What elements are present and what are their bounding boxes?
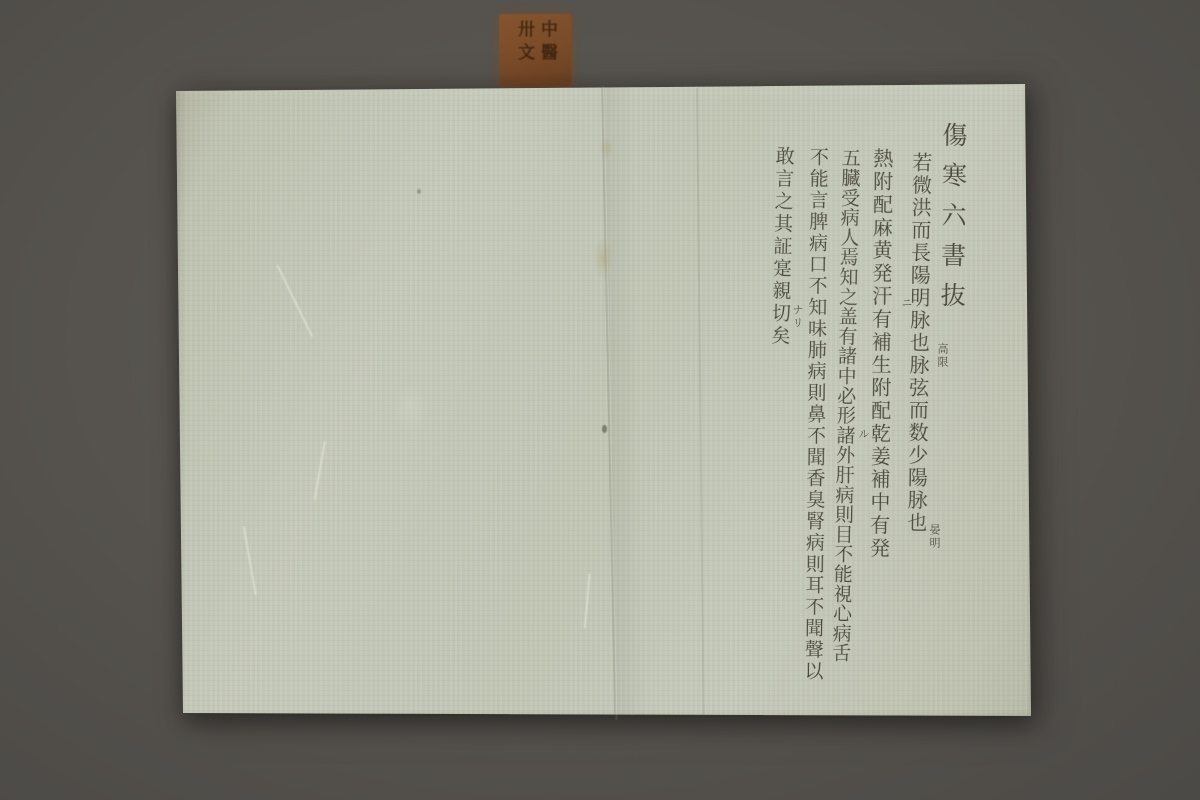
- text-column-4: 不能言脾病口不知味肺病則鼻不聞香臭腎病則耳不聞聲以: [802, 147, 827, 682]
- photograph-stage: 中醫 卅文 傷寒六書抜 若微洪而長陽明脉也脉弦而数少陽脉也 熱附配麻黄発汗有補生…: [0, 0, 1200, 800]
- interlinear-note-3: ニ: [901, 297, 912, 310]
- interlinear-note-4: ル: [858, 428, 869, 441]
- manuscript-title: 傷寒六書抜: [939, 122, 966, 322]
- handwriting-layer: 傷寒六書抜 若微洪而長陽明脉也脉弦而数少陽脉也 熱附配麻黄発汗有補生附配乾姜補中…: [0, 0, 1200, 800]
- interlinear-note-5: ナリ: [792, 304, 803, 330]
- text-column-3: 五臓受病人焉知之盖有諸中必形諸外肝病則目不能視心病舌: [830, 148, 859, 663]
- text-column-2: 熱附配麻黄発汗有補生附配乾姜補中有発: [868, 148, 892, 560]
- text-column-5: 敢言之其証寔親切矣: [769, 146, 793, 348]
- interlinear-note-2: 晏明: [929, 524, 940, 550]
- interlinear-note-1: 高限: [937, 343, 948, 369]
- text-column-1: 若微洪而長陽明脉也脉弦而数少陽脉也: [906, 152, 931, 535]
